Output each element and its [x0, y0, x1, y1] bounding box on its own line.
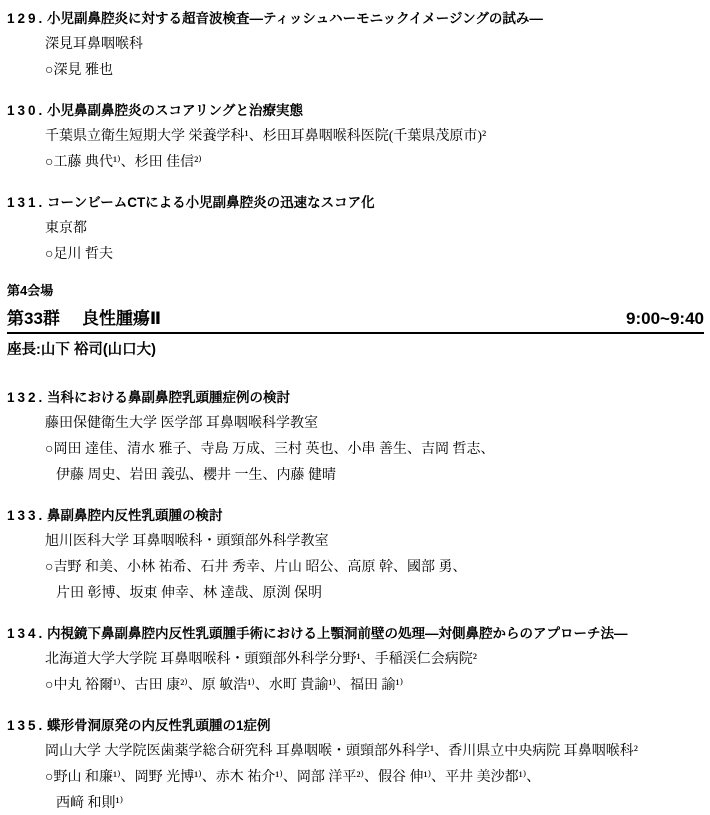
presentation-title: 内視鏡下鼻副鼻腔内反性乳頭腫手術における上顎洞前壁の処理―対側鼻腔からのアプロー…: [47, 626, 628, 641]
presentation-title: コーンビームCTによる小児副鼻腔炎の迅速なスコア化: [47, 195, 375, 210]
presentation-title-line: 134.内視鏡下鼻副鼻腔内反性乳頭腫手術における上顎洞前壁の処理―対側鼻腔からの…: [7, 621, 704, 647]
session-time: 9:00~9:40: [626, 309, 704, 329]
presentation-affiliation: 藤田保健衛生大学 医学部 耳鼻咽喉科学教室: [7, 411, 704, 437]
session-header: 第33群良性腫瘍Ⅱ 9:00~9:40: [7, 304, 704, 334]
presentation-number: 131.: [7, 190, 47, 216]
presentation-authors: ○吉野 和美、小林 祐希、石井 秀幸、片山 昭公、高原 幹、國部 勇、: [7, 555, 704, 581]
presentation-title-line: 132.当科における鼻副鼻腔乳頭腫症例の検討: [7, 385, 704, 411]
presentation-affiliation: 北海道大学大学院 耳鼻咽喉科・頭頸部外科学分野¹、手稲渓仁会病院²: [7, 647, 704, 673]
presentation-title-line: 131.コーンビームCTによる小児副鼻腔炎の迅速なスコア化: [7, 190, 704, 216]
presentation-item-134: 134.内視鏡下鼻副鼻腔内反性乳頭腫手術における上顎洞前壁の処理―対側鼻腔からの…: [7, 621, 704, 699]
presentation-authors-continued: 伊藤 周史、岩田 義弘、櫻井 一生、内藤 健晴: [7, 463, 704, 489]
presentation-title-line: 133.鼻副鼻腔内反性乳頭腫の検討: [7, 503, 704, 529]
presentation-title-line: 135.蝶形骨洞原発の内反性乳頭腫の1症例: [7, 713, 704, 739]
session-group-label: 第33群: [7, 309, 60, 328]
presentation-title: 鼻副鼻腔内反性乳頭腫の検討: [47, 508, 223, 523]
presentation-item-129: 129.小児副鼻腔炎に対する超音波検査―ティッシュハーモニックイメージングの試み…: [7, 6, 704, 84]
presentation-title-line: 130.小児鼻副鼻腔炎のスコアリングと治療実態: [7, 98, 704, 124]
presentation-authors: ○中丸 裕爾¹⁾、古田 康²⁾、原 敏浩¹⁾、水町 貴諭¹⁾、福田 諭¹⁾: [7, 673, 704, 699]
presentation-authors: ○岡田 達佳、清水 雅子、寺島 万成、三村 英也、小串 善生、吉岡 哲志、: [7, 437, 704, 463]
presentation-affiliation: 深見耳鼻咽喉科: [7, 32, 704, 58]
presentation-affiliation: 旭川医科大学 耳鼻咽喉科・頭頸部外科学教室: [7, 529, 704, 555]
presentation-number: 132.: [7, 385, 47, 411]
presentation-authors: ○足川 哲夫: [7, 242, 704, 268]
presentation-authors: ○工藤 典代¹⁾、杉田 佳信²⁾: [7, 150, 704, 176]
presentation-title: 当科における鼻副鼻腔乳頭腫症例の検討: [47, 390, 290, 405]
presentation-number: 135.: [7, 713, 47, 739]
session-chair: 座長:山下 裕司(山口大): [7, 339, 704, 361]
presentation-authors: ○深見 雅也: [7, 58, 704, 84]
presentation-number: 134.: [7, 621, 47, 647]
presentation-item-132: 132.当科における鼻副鼻腔乳頭腫症例の検討 藤田保健衛生大学 医学部 耳鼻咽喉…: [7, 385, 704, 489]
presentation-authors-continued: 片田 彰博、坂東 伸幸、林 達哉、原渕 保明: [7, 581, 704, 607]
presentation-number: 130.: [7, 98, 47, 124]
presentation-item-130: 130.小児鼻副鼻腔炎のスコアリングと治療実態 千葉県立衛生短期大学 栄養学科¹…: [7, 98, 704, 176]
session-title: 良性腫瘍Ⅱ: [82, 309, 161, 328]
presentation-title: 蝶形骨洞原発の内反性乳頭腫の1症例: [47, 718, 271, 733]
presentation-item-135: 135.蝶形骨洞原発の内反性乳頭腫の1症例 岡山大学 大学院医歯薬学総合研究科 …: [7, 713, 704, 815]
presentation-number: 129.: [7, 6, 47, 32]
venue-label: 第4会場: [7, 282, 704, 300]
presentation-affiliation: 東京都: [7, 216, 704, 242]
presentation-item-133: 133.鼻副鼻腔内反性乳頭腫の検討 旭川医科大学 耳鼻咽喉科・頭頸部外科学教室 …: [7, 503, 704, 607]
presentation-affiliation: 岡山大学 大学院医歯薬学総合研究科 耳鼻咽喉・頭頸部外科学¹、香川県立中央病院 …: [7, 739, 704, 765]
presentation-authors: ○野山 和廉¹⁾、岡野 光博¹⁾、赤木 祐介¹⁾、岡部 洋平²⁾、假谷 伸¹⁾、…: [7, 765, 704, 791]
presentation-title-line: 129.小児副鼻腔炎に対する超音波検査―ティッシュハーモニックイメージングの試み…: [7, 6, 704, 32]
presentation-number: 133.: [7, 503, 47, 529]
presentation-item-131: 131.コーンビームCTによる小児副鼻腔炎の迅速なスコア化 東京都 ○足川 哲夫: [7, 190, 704, 268]
presentation-affiliation: 千葉県立衛生短期大学 栄養学科¹、杉田耳鼻咽喉科医院(千葉県茂原市)²: [7, 124, 704, 150]
session-group-title: 第33群良性腫瘍Ⅱ: [7, 304, 161, 329]
presentation-title: 小児鼻副鼻腔炎のスコアリングと治療実態: [47, 103, 303, 118]
conference-program-page: 129.小児副鼻腔炎に対する超音波検査―ティッシュハーモニックイメージングの試み…: [0, 0, 710, 815]
presentation-authors-continued: 西﨑 和則¹⁾: [7, 791, 704, 815]
presentation-title: 小児副鼻腔炎に対する超音波検査―ティッシュハーモニックイメージングの試み―: [47, 11, 543, 26]
